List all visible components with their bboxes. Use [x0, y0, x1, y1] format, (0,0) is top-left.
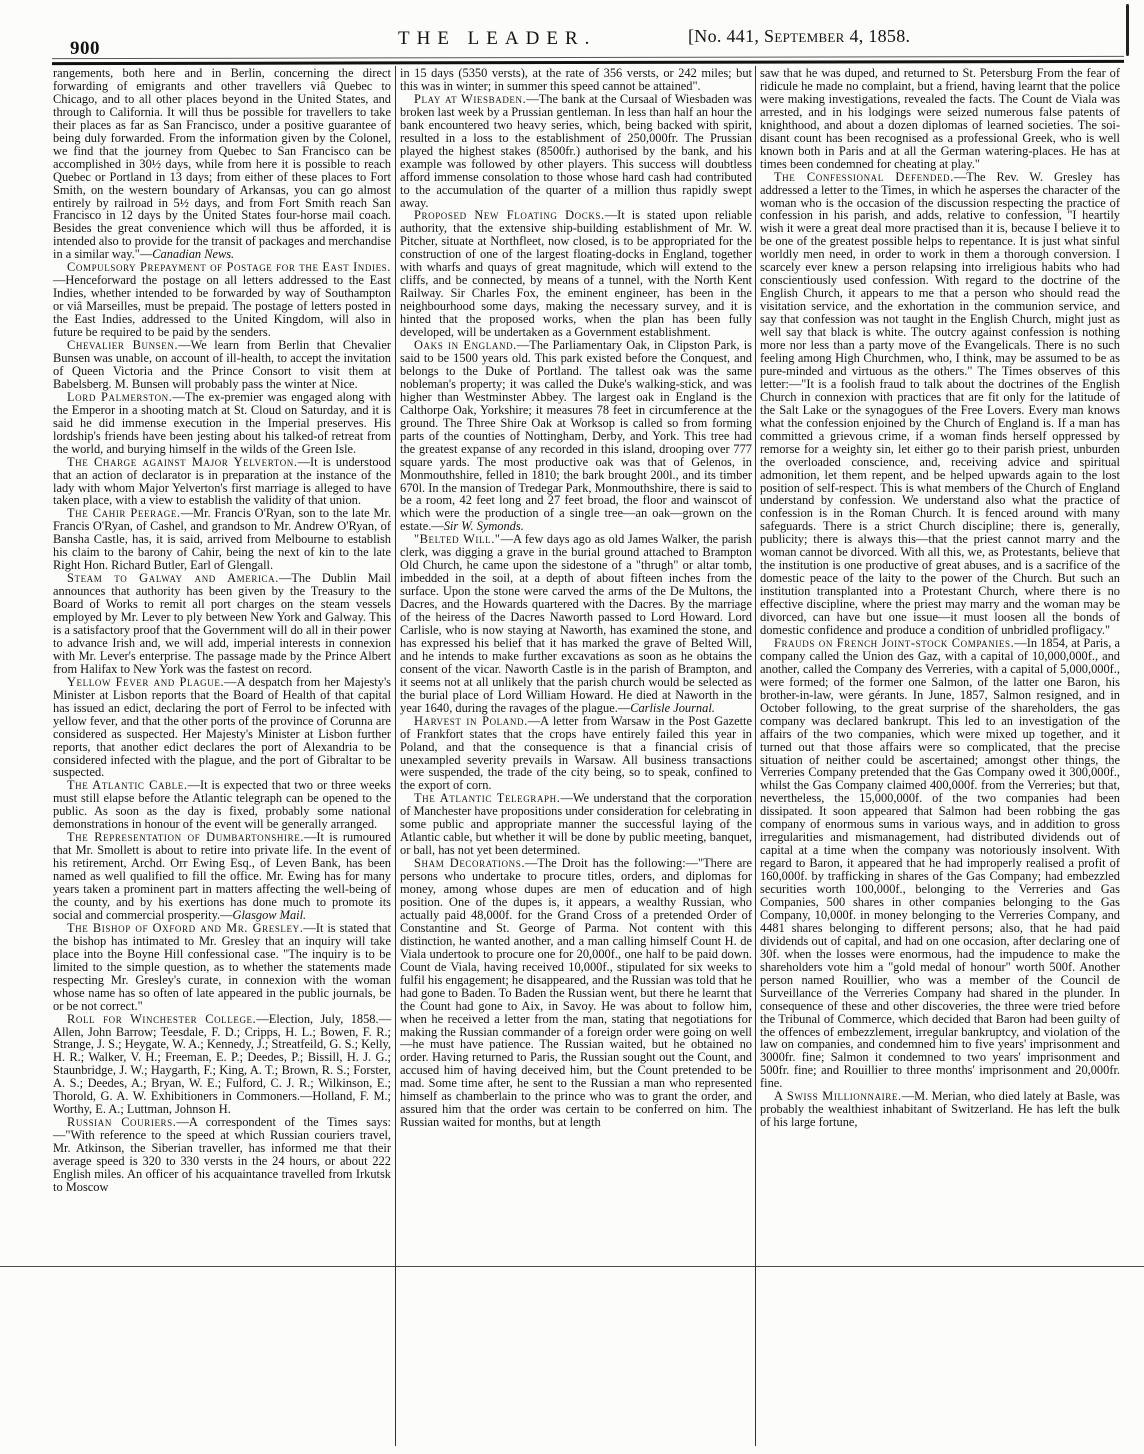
issue-month: September [764, 26, 845, 46]
article: saw that he was duped, and returned to S… [760, 67, 1120, 171]
article-body: —A few days ago as old James Walker, the… [400, 532, 752, 714]
article-heading: Yellow Fever and Plague. [67, 675, 224, 689]
masthead: 900 THE LEADER. [No. 441, September 4, 1… [0, 0, 1144, 70]
column-divider [395, 66, 396, 1446]
article-body: —It is stated upon reliable authority, t… [400, 208, 752, 339]
article: The Representation of Dumbartonshire.—It… [53, 831, 391, 922]
article: in 15 days (5350 versts), at the rate of… [400, 67, 752, 93]
article-heading: The Confessional Defended. [774, 170, 954, 184]
article-heading: The Atlantic Cable. [67, 778, 188, 792]
article: Sham Decorations.—The Droit has the foll… [400, 857, 752, 1129]
article-body: —The bank at the Cursaal of Wiesbaden wa… [400, 92, 752, 210]
page-number: 900 [70, 38, 100, 60]
article-body: —It is rumoured that Mr. Smollett is abo… [53, 830, 391, 922]
article: The Atlantic Cable.—It is expected that … [53, 779, 391, 831]
article: Oaks in England.—The Parliamentary Oak, … [400, 339, 752, 533]
issue-info: [No. 441, September 4, 1858. [688, 26, 910, 47]
article-source: Canadian News. [152, 247, 234, 261]
article: Play at Wiesbaden.—The bank at the Cursa… [400, 93, 752, 210]
article-body: —The Dublin Mail announces that authorit… [53, 571, 391, 676]
newspaper-title: THE LEADER. [398, 28, 596, 50]
article-source: Sir W. Symonds. [444, 519, 524, 533]
article: Chevalier Bunsen.—We learn from Berlin t… [53, 339, 391, 391]
column-left: rangements, both here and in Berlin, con… [53, 67, 391, 1194]
article-body: in 15 days (5350 versts), at the rate of… [400, 66, 752, 93]
header-rule-thin [52, 56, 1124, 59]
article-heading: Russian Couriers. [67, 1115, 176, 1129]
article: Yellow Fever and Plague.—A despatch from… [53, 676, 391, 780]
article-heading: The Charge against Major Yelverton. [67, 455, 298, 469]
article-heading: Compulsory Prepayment of Postage for the… [67, 260, 391, 274]
article: "Belted Will."—A few days ago as old Jam… [400, 533, 752, 714]
article: Steam to Galway and America.—The Dublin … [53, 572, 391, 676]
article: Lord Palmerston.—The ex-premier was enga… [53, 391, 391, 456]
article: The Confessional Defended.—The Rev. W. G… [760, 171, 1120, 637]
article: Harvest in Poland.—A letter from Warsaw … [400, 715, 752, 793]
article: Proposed New Floating Docks.—It is state… [400, 209, 752, 339]
article: Compulsory Prepayment of Postage for the… [53, 261, 391, 339]
article-heading: Chevalier Bunsen. [67, 338, 178, 352]
article: Frauds on French Joint-stock Companies.—… [760, 637, 1120, 1090]
article-heading: Play at Wiesbaden. [414, 92, 526, 106]
article: The Cahir Peerage.—Mr. Francis O'Ryan, s… [53, 507, 391, 572]
article-source: Carlisle Journal. [630, 701, 715, 715]
article: rangements, both here and in Berlin, con… [53, 67, 391, 261]
article-body: —Henceforward the postage on all letters… [53, 273, 391, 339]
page-edge-mark [1126, 4, 1129, 56]
article-heading: The Representation of Dumbartonshire. [67, 830, 304, 844]
article-body: —The Parliamentary Oak, in Clipston Park… [400, 338, 752, 533]
article-heading: Oaks in England. [414, 338, 517, 352]
page-fold-line [0, 1266, 1144, 1267]
article-heading: Steam to Galway and America. [67, 571, 279, 585]
article-heading: The Cahir Peerage. [67, 506, 181, 520]
column-divider [755, 66, 756, 1446]
article-heading: Harvest in Poland. [414, 714, 528, 728]
article-heading: Proposed New Floating Docks. [414, 208, 605, 222]
column-right: saw that he was duped, and returned to S… [760, 67, 1120, 1129]
article-body: —Election, July, 1858.—Allen, John Barro… [53, 1012, 391, 1117]
article-heading: A Swiss Millionnaire. [774, 1089, 902, 1103]
article-body: rangements, both here and in Berlin, con… [53, 66, 391, 261]
article-body: saw that he was duped, and returned to S… [760, 66, 1120, 171]
article-body: —In 1854, at Paris, a company called the… [760, 636, 1120, 1090]
issue-date: 4, 1858. [849, 26, 910, 46]
article-body: —A despatch from her Majesty's Minister … [53, 675, 391, 780]
article-source: Glasgow Mail. [233, 908, 307, 922]
article: Roll for Winchester College.—Election, J… [53, 1013, 391, 1117]
article-heading: Sham Decorations. [414, 856, 525, 870]
article: The Bishop of Oxford and Mr. Gresley.—It… [53, 922, 391, 1013]
article-heading: The Bishop of Oxford and Mr. Gresley. [67, 921, 303, 935]
article-heading: Lord Palmerston. [67, 390, 172, 404]
article-heading: Roll for Winchester College. [67, 1012, 256, 1026]
article-body: —The Droit has the following:—"There are… [400, 856, 752, 1129]
article-heading: Frauds on French Joint-stock Companies. [774, 636, 1014, 650]
article: The Charge against Major Yelverton.—It i… [53, 456, 391, 508]
article: A Swiss Millionnaire.—M. Merian, who die… [760, 1090, 1120, 1129]
article: The Atlantic Telegraph.—We understand th… [400, 792, 752, 857]
article-heading: "Belted Will." [414, 532, 501, 546]
header-rule-thick [52, 60, 1124, 65]
issue-number: [No. 441, [688, 26, 759, 46]
article-body: —The Rev. W. Gresley has addressed a let… [760, 170, 1120, 637]
article: Russian Couriers.—A correspondent of the… [53, 1116, 391, 1194]
column-middle: in 15 days (5350 versts), at the rate of… [400, 67, 752, 1129]
article-heading: The Atlantic Telegraph. [414, 791, 560, 805]
article-body: —It is stated that the bishop has intima… [53, 921, 391, 1013]
